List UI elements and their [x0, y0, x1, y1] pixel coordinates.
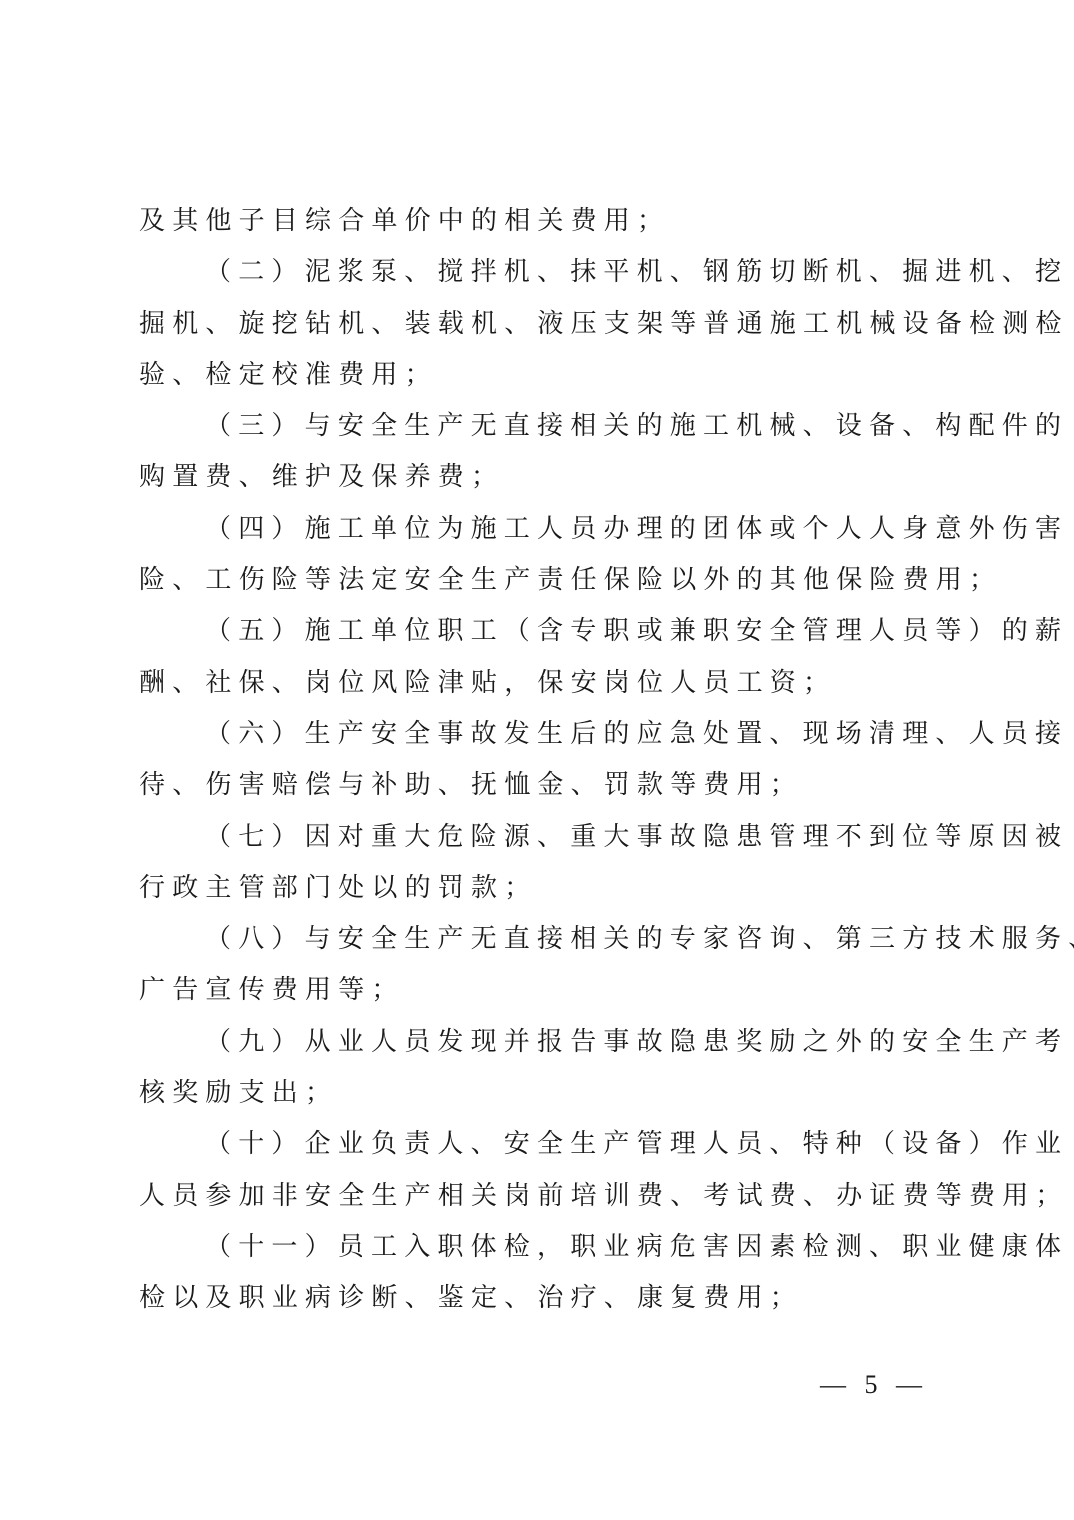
paragraph-line: 酬、社保、岗位风险津贴，保安岗位人员工资；	[139, 658, 959, 709]
document-body: 及其他子目综合单价中的相关费用；（二）泥浆泵、搅拌机、抹平机、钢筋切断机、掘进机…	[139, 196, 959, 1325]
paragraph-line: 购置费、维护及保养费；	[139, 452, 959, 503]
paragraph-first-line: （八）与安全生产无直接相关的专家咨询、第三方技术服务、	[139, 914, 959, 965]
paragraph-line: 人员参加非安全生产相关岗前培训费、考试费、办证费等费用；	[139, 1171, 959, 1222]
paragraph-line: 掘机、旋挖钻机、装载机、液压支架等普通施工机械设备检测检	[139, 299, 959, 350]
paragraph-first-line: （三）与安全生产无直接相关的施工机械、设备、构配件的	[139, 401, 959, 452]
paragraph-first-line: （四）施工单位为施工人员办理的团体或个人人身意外伤害	[139, 504, 959, 555]
paragraph-line: 广告宣传费用等；	[139, 965, 959, 1016]
paragraph-line: 核奖励支出；	[139, 1068, 959, 1119]
paragraph-first-line: （九）从业人员发现并报告事故隐患奖励之外的安全生产考	[139, 1017, 959, 1068]
paragraph-line: 险、工伤险等法定安全生产责任保险以外的其他保险费用；	[139, 555, 959, 606]
page-number: — 5 —	[820, 1370, 928, 1400]
paragraph-first-line: （十一）员工入职体检，职业病危害因素检测、职业健康体	[139, 1222, 959, 1273]
paragraph-first-line: （六）生产安全事故发生后的应急处置、现场清理、人员接	[139, 709, 959, 760]
paragraph-line: 待、伤害赔偿与补助、抚恤金、罚款等费用；	[139, 760, 959, 811]
paragraph-first-line: （七）因对重大危险源、重大事故隐患管理不到位等原因被	[139, 812, 959, 863]
paragraph-line: 行政主管部门处以的罚款；	[139, 863, 959, 914]
paragraph-first-line: （二）泥浆泵、搅拌机、抹平机、钢筋切断机、掘进机、挖	[139, 247, 959, 298]
paragraph-first-line: （五）施工单位职工（含专职或兼职安全管理人员等）的薪	[139, 606, 959, 657]
paragraph-line: 及其他子目综合单价中的相关费用；	[139, 196, 959, 247]
paragraph-line: 检以及职业病诊断、鉴定、治疗、康复费用；	[139, 1273, 959, 1324]
paragraph-first-line: （十）企业负责人、安全生产管理人员、特种（设备）作业	[139, 1119, 959, 1170]
paragraph-line: 验、检定校准费用；	[139, 350, 959, 401]
document-page: 及其他子目综合单价中的相关费用；（二）泥浆泵、搅拌机、抹平机、钢筋切断机、掘进机…	[0, 0, 1074, 1520]
